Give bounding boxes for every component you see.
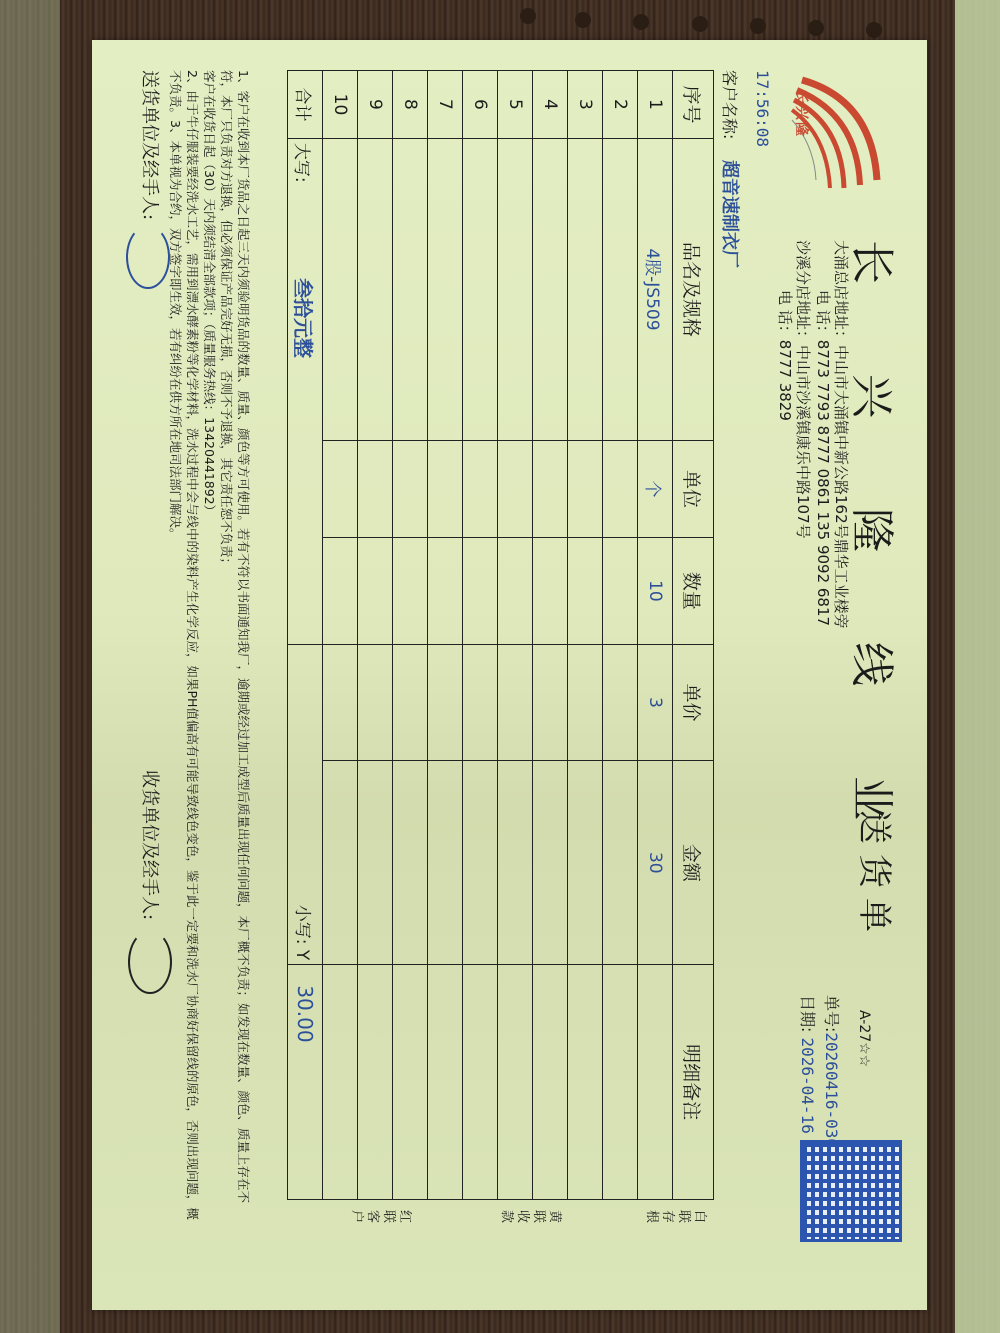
- row-amount: [428, 761, 463, 965]
- main-store-phone-value: 8773 7793 8777 0861 135 9092 6817: [814, 340, 832, 626]
- table-row: 3: [568, 71, 603, 1200]
- row-qty: 10: [638, 538, 673, 645]
- feed-hole: [808, 20, 824, 36]
- row-qty: [393, 538, 428, 645]
- row-note: [463, 965, 498, 1200]
- order-date: 日期: 2026-04-16: [797, 995, 820, 1134]
- row-price: [568, 644, 603, 760]
- row-amount: [568, 761, 603, 965]
- row-note: [323, 965, 358, 1200]
- col-header-no: 序号: [673, 71, 714, 139]
- background-paper-left: [0, 0, 60, 1333]
- row-amount: [393, 761, 428, 965]
- branch-phone-value: 8777 3829: [776, 340, 794, 421]
- row-amount: [358, 761, 393, 965]
- row-unit: [323, 440, 358, 537]
- row-product-name: 4股-JS509: [638, 138, 673, 440]
- feed-hole: [575, 12, 591, 28]
- table-row: 5: [498, 71, 533, 1200]
- sender-signature-label: 送货单位及经手人:: [138, 70, 164, 220]
- row-unit: [463, 440, 498, 537]
- row-qty: [428, 538, 463, 645]
- table-row: 10: [323, 71, 358, 1200]
- row-no: 5: [498, 71, 533, 139]
- feed-hole: [692, 16, 708, 32]
- row-no: 4: [533, 71, 568, 139]
- feed-hole: [866, 22, 882, 38]
- row-no: 6: [463, 71, 498, 139]
- logo-text: 长兴隆: [792, 90, 812, 138]
- customer-label: 客户名称:: [719, 70, 742, 139]
- row-product-name: [463, 138, 498, 440]
- row-qty: [323, 538, 358, 645]
- row-note: [533, 965, 568, 1200]
- row-qty: [533, 538, 568, 645]
- row-amount: [498, 761, 533, 965]
- terms-line-2: 客户在收货日起（30）天内须结清全部款项；（质量服务热线：13420441892…: [201, 70, 218, 1220]
- main-store-address-value: 中山市大涌镇中新公路162号鼎华工业楼旁: [832, 345, 850, 629]
- row-no: 1: [638, 71, 673, 139]
- row-product-name: [603, 138, 638, 440]
- col-header-qty: 数量: [673, 538, 714, 645]
- receiver-signature-label: 收货单位及经手人:: [138, 770, 164, 920]
- row-qty: [498, 538, 533, 645]
- main-store-phone-label: 电 话：: [814, 290, 832, 340]
- row-price: [428, 644, 463, 760]
- row-note: [638, 965, 673, 1200]
- row-unit: [533, 440, 568, 537]
- row-unit: [603, 440, 638, 537]
- lowercase-label: 小写: Y: [288, 644, 323, 964]
- sender-signature-scribble: [126, 225, 170, 289]
- col-header-amount: 金额: [673, 761, 714, 965]
- table-row: 6: [463, 71, 498, 1200]
- row-amount: [533, 761, 568, 965]
- row-note: [603, 965, 638, 1200]
- uppercase-label: 大写:: [292, 143, 312, 183]
- order-date-label: 日期:: [798, 995, 817, 1032]
- col-header-price: 单价: [673, 644, 714, 760]
- table-row: 1 4股-JS509 个 10 3 30: [638, 71, 673, 1200]
- main-store-address: 大涌总店地址：中山市大涌镇中新公路162号鼎华工业楼旁: [832, 240, 850, 629]
- row-note: [498, 965, 533, 1200]
- table-row: 2: [603, 71, 638, 1200]
- row-qty: [358, 538, 393, 645]
- row-price: [603, 644, 638, 760]
- copy-label-red: 红联客户: [348, 1210, 412, 1228]
- row-price: 3: [638, 644, 673, 760]
- row-note: [393, 965, 428, 1200]
- row-amount: 30: [638, 761, 673, 965]
- main-store-phone: 电 话：8773 7793 8777 0861 135 9092 6817: [814, 290, 832, 626]
- row-price: [533, 644, 568, 760]
- row-price: [498, 644, 533, 760]
- row-product-name: [428, 138, 463, 440]
- row-no: 3: [568, 71, 603, 139]
- uppercase-value: 叁拾元整: [292, 278, 316, 358]
- row-unit: [393, 440, 428, 537]
- row-qty: [568, 538, 603, 645]
- row-unit: 个: [638, 440, 673, 537]
- row-product-name: [498, 138, 533, 440]
- items-table: 序号 品名及规格 单位 数量 单价 金额 明细备注 1 4股-JS509 个 1…: [287, 70, 714, 1200]
- row-product-name: [533, 138, 568, 440]
- branch-phone-label: 电 话：: [776, 290, 794, 340]
- total-row: 合计 大写: 叁拾元整 小写: Y 30.00: [288, 71, 323, 1200]
- row-qty: [603, 538, 638, 645]
- row-unit: [428, 440, 463, 537]
- company-name: 长 兴 隆 线 业: [844, 240, 908, 858]
- row-note: [568, 965, 603, 1200]
- row-price: [323, 644, 358, 760]
- branch-address: 沙溪分店地址：中山市沙溪镇康乐中路107号: [794, 240, 812, 539]
- print-time: 17:56:08: [753, 70, 772, 147]
- col-header-unit: 单位: [673, 440, 714, 537]
- row-amount: [463, 761, 498, 965]
- order-date-value: 2026-04-16: [798, 1038, 817, 1134]
- terms-line-1: 1、客户在收到本厂货品之日起三天内须验明货品的数量、质量、颜色等方可使用。若有不…: [218, 70, 252, 1220]
- table-row: 4: [533, 71, 568, 1200]
- copy-label-yellow: 黄联收款: [498, 1210, 562, 1228]
- row-amount: [603, 761, 638, 965]
- table-row: 8: [393, 71, 428, 1200]
- col-header-note: 明细备注: [673, 965, 714, 1200]
- form-code: A-27☆☆: [856, 1010, 872, 1067]
- row-unit: [568, 440, 603, 537]
- table-row: 7: [428, 71, 463, 1200]
- col-header-name: 品名及规格: [673, 138, 714, 440]
- row-product-name: [323, 138, 358, 440]
- branch-address-value: 中山市沙溪镇康乐中路107号: [794, 345, 812, 539]
- row-product-name: [358, 138, 393, 440]
- row-no: 8: [393, 71, 428, 139]
- qr-code-icon: [800, 1140, 902, 1242]
- order-number-label: 单号:: [822, 995, 841, 1032]
- receiver-signature-scribble: [128, 930, 172, 994]
- total-label: 合计: [288, 71, 323, 139]
- lowercase-value: 30.00: [288, 965, 323, 1200]
- terms-line-3: 2、由于牛仔服装要经洗水工艺，需用到漂水酵素粉等化学材料，洗水过程中会与线中的染…: [167, 70, 201, 1220]
- row-qty: [463, 538, 498, 645]
- document-type-title: 送货单: [853, 810, 902, 942]
- row-unit: [498, 440, 533, 537]
- copy-label-white: 白联存根: [643, 1210, 707, 1228]
- row-no: 9: [358, 71, 393, 139]
- customer-name: 超音速制衣厂: [718, 160, 744, 268]
- row-note: [428, 965, 463, 1200]
- feed-hole: [750, 18, 766, 34]
- row-note: [358, 965, 393, 1200]
- row-no: 7: [428, 71, 463, 139]
- table-header-row: 序号 品名及规格 单位 数量 单价 金额 明细备注: [673, 71, 714, 1200]
- row-price: [393, 644, 428, 760]
- feed-hole: [633, 14, 649, 30]
- branch-phone: 电 话：8777 3829: [776, 290, 794, 421]
- row-price: [358, 644, 393, 760]
- total-uppercase: 大写: 叁拾元整: [288, 138, 323, 644]
- row-no: 2: [603, 71, 638, 139]
- background-paper-right: [955, 0, 1000, 1333]
- delivery-note-paper: 长兴隆 长 兴 隆 线 业 送货单 大涌总店地址：中山市大涌镇中新公路162号鼎…: [92, 40, 927, 1310]
- table-row: 9: [358, 71, 393, 1200]
- feed-hole: [520, 8, 536, 24]
- row-no: 10: [323, 71, 358, 139]
- row-unit: [358, 440, 393, 537]
- row-price: [463, 644, 498, 760]
- terms-and-conditions: 1、客户在收到本厂货品之日起三天内须验明货品的数量、质量、颜色等方可使用。若有不…: [167, 70, 252, 1220]
- row-amount: [323, 761, 358, 965]
- delivery-note: 长兴隆 长 兴 隆 线 业 送货单 大涌总店地址：中山市大涌镇中新公路162号鼎…: [112, 50, 912, 1290]
- main-store-address-label: 大涌总店地址：: [832, 240, 850, 345]
- row-product-name: [568, 138, 603, 440]
- branch-address-label: 沙溪分店地址：: [794, 240, 812, 345]
- row-product-name: [393, 138, 428, 440]
